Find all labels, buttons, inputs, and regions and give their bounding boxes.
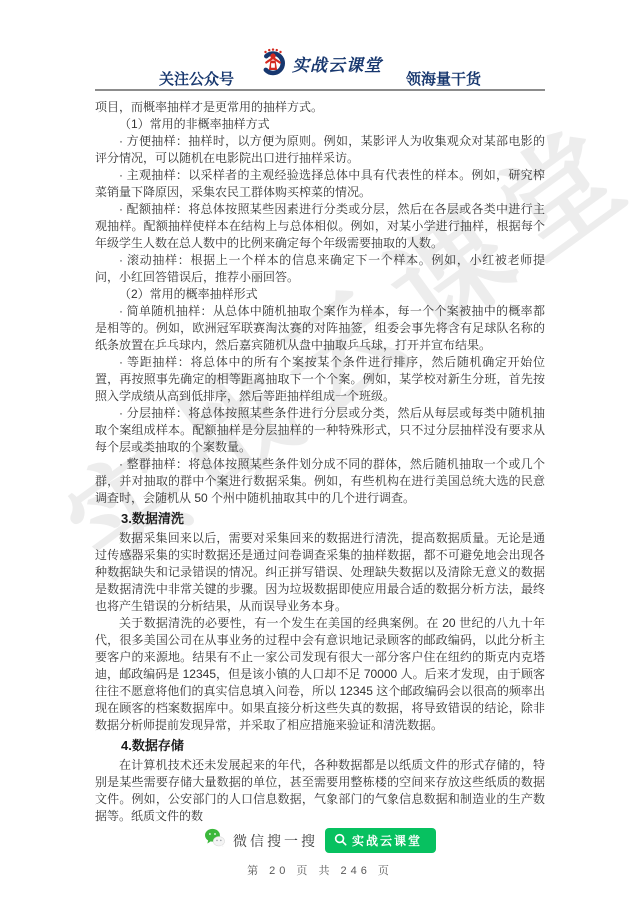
paragraph: （2）常用的概率抽样形式 xyxy=(95,286,545,303)
brand-name: 实战云课堂 xyxy=(292,51,382,76)
page-header: 关注公众号 xyxy=(95,0,545,91)
paragraph: · 整群抽样：将总体按照某些条件划分成不同的群体，然后随机抽取一个或几个群，并对… xyxy=(95,456,545,507)
section-heading: 3.数据清洗 xyxy=(95,510,545,528)
header-right-label: 领海量干货 xyxy=(406,72,481,89)
magnifier-icon xyxy=(334,833,347,849)
paragraph: 项目，而概率抽样才是更常用的抽样方式。 xyxy=(95,99,545,116)
brand-group: 实战云课堂 xyxy=(258,46,382,81)
document-page: 实战云课堂 关注公众号 xyxy=(0,0,640,905)
wechat-search-label: 微信搜一搜 xyxy=(233,831,318,851)
paragraph: · 方便抽样：抽样时，以方便为原则。例如，某影评人为收集观众对某部电影的评分情况… xyxy=(95,133,545,167)
wechat-search-button[interactable]: 实战云课堂 xyxy=(325,828,436,853)
wechat-logo-icon xyxy=(204,828,226,853)
paragraph: · 分层抽样：将总体按照某些条件进行分层或分类，然后从每层或每类中随机抽取个案组… xyxy=(95,405,545,456)
document-body: 项目，而概率抽样才是更常用的抽样方式。（1）常用的非概率抽样方式· 方便抽样：抽… xyxy=(95,91,545,825)
paragraph: · 滚动抽样：根据上一个样本的信息来确定下一个样本。例如，小红被老师提问，小红回… xyxy=(95,252,545,286)
paragraph: 数据采集回来以后，需要对采集回来的数据进行清洗，提高数据质量。无论是通过传感器采… xyxy=(95,530,545,615)
footer-search-bar: 微信搜一搜 实战云课堂 xyxy=(95,828,545,853)
paragraph: · 等距抽样：将总体中的所有个案按某个条件进行排序，然后随机确定开始位置，再按照… xyxy=(95,354,545,405)
page-number: 第 20 页 共 246 页 xyxy=(95,862,545,878)
paragraph: · 主观抽样：以采样者的主观经验选择总体中具有代表性的样本。例如，研究榨菜销量下… xyxy=(95,167,545,201)
header-left-label: 关注公众号 xyxy=(159,72,234,89)
paragraph: （1）常用的非概率抽样方式 xyxy=(95,116,545,133)
search-button-label: 实战云课堂 xyxy=(352,832,422,849)
section-heading: 4.数据存储 xyxy=(95,737,545,755)
paragraph: · 简单随机抽样：从总体中随机抽取个案作为样本，每一个个案被抽中的概率都是相等的… xyxy=(95,303,545,354)
brand-logo-icon xyxy=(258,46,288,81)
paragraph: · 配额抽样：将总体按照某些因素进行分类或分层，然后在各层或各类中进行主观抽样。… xyxy=(95,201,545,252)
paragraph: 在计算机技术还未发展起来的年代，各种数据都是以纸质文件的形式存储的，特别是某些需… xyxy=(95,757,545,825)
paragraph: 关于数据清洗的必要性，有一个发生在美国的经典案例。在 20 世纪的八九十年代，很… xyxy=(95,615,545,734)
